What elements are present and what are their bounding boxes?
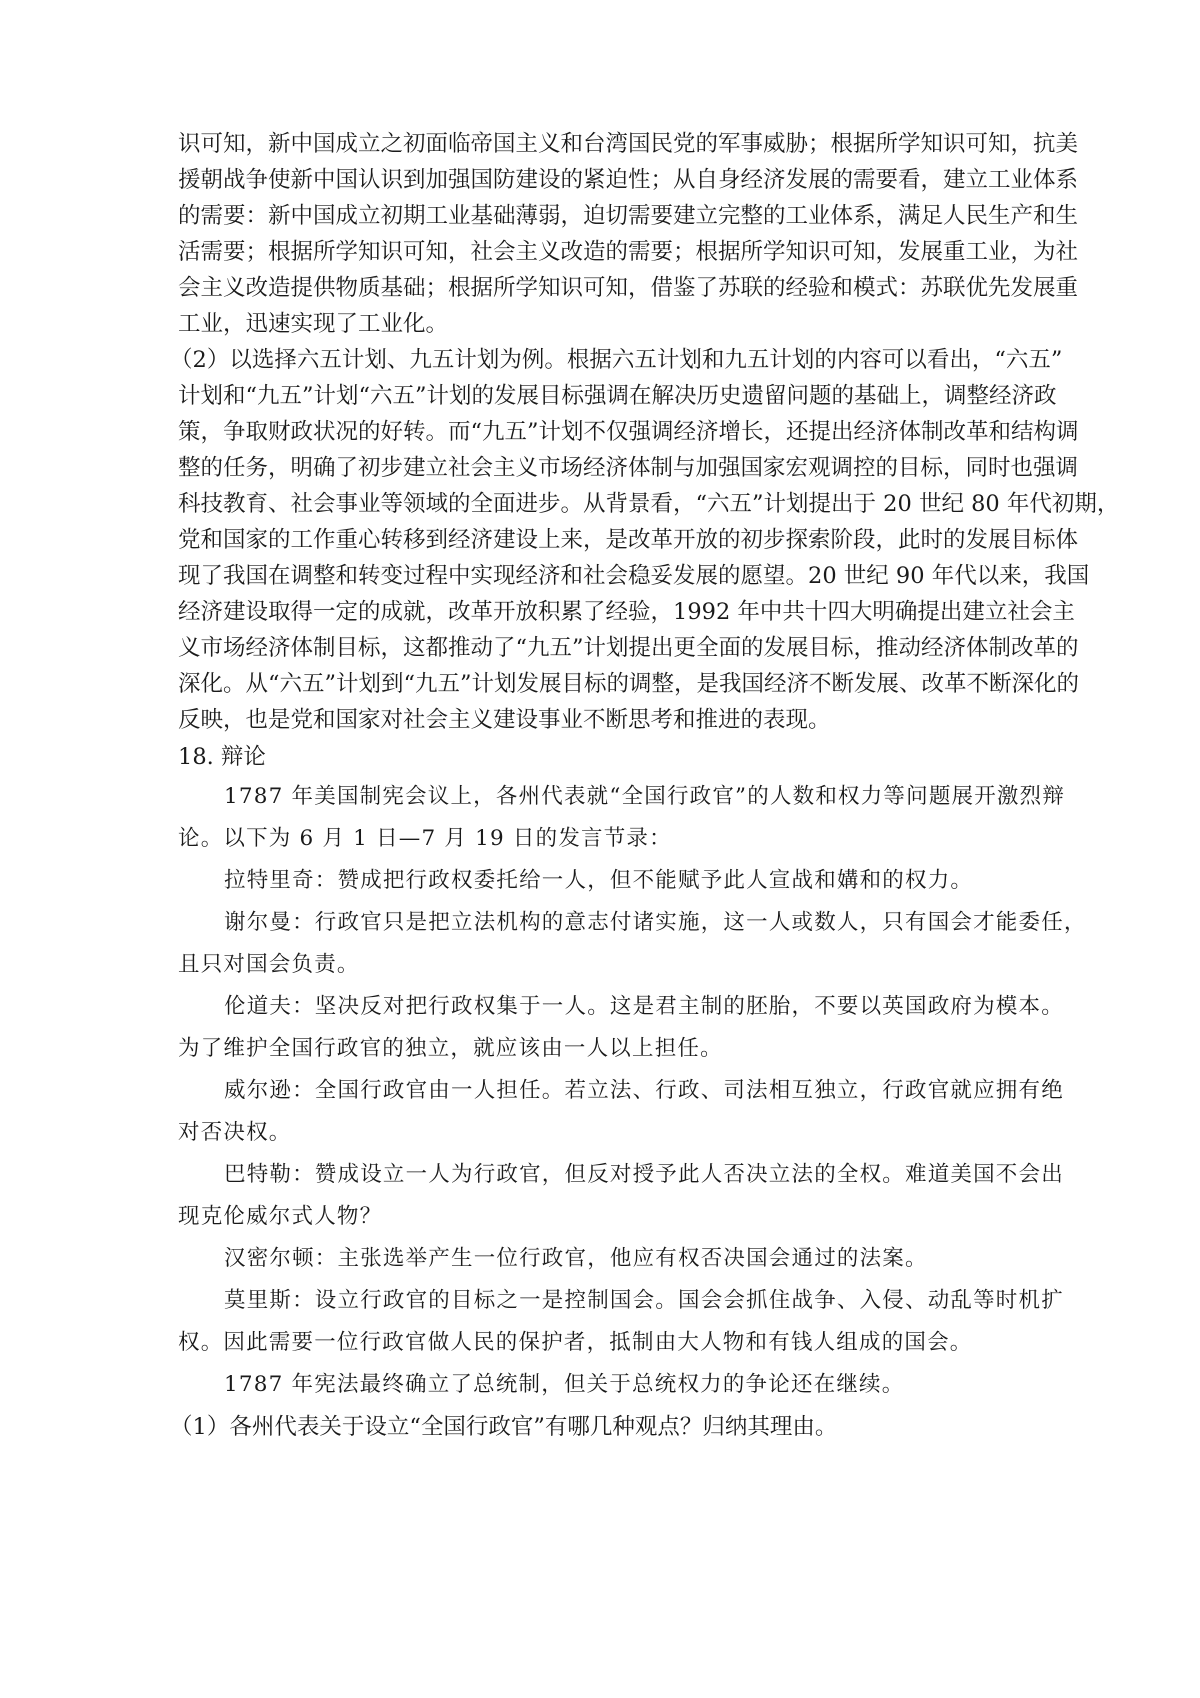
speech-rutledge: 拉特里奇：赞成把行政权委托给一人，但不能赋予此人宣战和媾和的权力。	[178, 860, 1028, 902]
text-line: 策，争取财政状况的好转。而“九五”计划不仅强调经济增长，还提出经济体制改革和结构…	[178, 414, 1028, 450]
speech-sherman: 谢尔曼：行政官只是把立法机构的意志付诸实施，这一人或数人，只有国会才能委任，	[178, 902, 1028, 944]
question-18-material: 1787 年美国制宪会议上，各州代表就“全国行政官”的人数和权力等问题展开激烈辩…	[178, 776, 1028, 1406]
speech-wilson-cont: 对否决权。	[178, 1112, 1028, 1154]
text-line: 会主义改造提供物质基础；根据所学知识可知，借鉴了苏联的经验和模式：苏联优先发展重	[178, 270, 1028, 306]
speech-morris-cont: 权。因此需要一位行政官做人民的保护者，抵制由大人物和有钱人组成的国会。	[178, 1322, 1028, 1364]
text-line: 反映，也是党和国家对社会主义建设事业不断思考和推进的表现。	[178, 702, 1028, 738]
text-line: 计划和“九五”计划“六五”计划的发展目标强调在解决历史遗留问题的基础上，调整经济…	[178, 378, 1028, 414]
speech-morris: 莫里斯：设立行政官的目标之一是控制国会。国会会抓住战争、入侵、动乱等时机扩	[178, 1280, 1028, 1322]
text-line: 党和国家的工作重心转移到经济建设上来，是改革开放的初步探索阶段，此时的发展目标体	[178, 522, 1028, 558]
speech-hamilton: 汉密尔顿：主张选举产生一位行政官，他应有权否决国会通过的法案。	[178, 1238, 1028, 1280]
text-line: 现了我国在调整和转变过程中实现经济和社会稳妥发展的愿望。20 世纪 90 年代以…	[178, 558, 1028, 594]
document-page: 识可知，新中国成立之初面临帝国主义和台湾国民党的军事威胁；根据所学知识可知，抗美…	[178, 126, 1028, 1448]
speech-butler: 巴特勒：赞成设立一人为行政官，但反对授予此人否决立法的全权。难道美国不会出	[178, 1154, 1028, 1196]
sub-question-1: （1）各州代表关于设立“全国行政官”有哪几种观点？归纳其理由。	[170, 1406, 1028, 1448]
text-line: （2）以选择六五计划、九五计划为例。根据六五计划和九五计划的内容可以看出，“六五…	[170, 342, 1028, 378]
intro-line: 论。以下为 6 月 1 日—7 月 19 日的发言节录：	[178, 818, 1028, 860]
speech-sherman-cont: 且只对国会负责。	[178, 944, 1028, 986]
answer-part1-paragraph: 识可知，新中国成立之初面临帝国主义和台湾国民党的军事威胁；根据所学知识可知，抗美…	[178, 126, 1028, 342]
text-line: 活需要；根据所学知识可知，社会主义改造的需要；根据所学知识可知，发展重工业，为社	[178, 234, 1028, 270]
speech-randolph: 伦道夫：坚决反对把行政权集于一人。这是君主制的胚胎，不要以英国政府为模本。	[178, 986, 1028, 1028]
text-line: 义市场经济体制目标，这都推动了“九五”计划提出更全面的发展目标，推动经济体制改革…	[178, 630, 1028, 666]
text-line: 援朝战争使新中国认识到加强国防建设的紧迫性；从自身经济发展的需要看，建立工业体系	[178, 162, 1028, 198]
text-line: 经济建设取得一定的成就，改革开放积累了经验，1992 年中共十四大明确提出建立社…	[178, 594, 1028, 630]
text-line: 深化。从“六五”计划到“九五”计划发展目标的调整，是我国经济不断发展、改革不断深…	[178, 666, 1028, 702]
text-line: 的需要：新中国成立初期工业基础薄弱，迫切需要建立完整的工业体系，满足人民生产和生	[178, 198, 1028, 234]
answer-part2-paragraph: （2）以选择六五计划、九五计划为例。根据六五计划和九五计划的内容可以看出，“六五…	[178, 342, 1028, 738]
speech-wilson: 威尔逊：全国行政官由一人担任。若立法、行政、司法相互独立，行政官就应拥有绝	[178, 1070, 1028, 1112]
speech-butler-cont: 现克伦威尔式人物？	[178, 1196, 1028, 1238]
text-line: 识可知，新中国成立之初面临帝国主义和台湾国民党的军事威胁；根据所学知识可知，抗美	[178, 126, 1028, 162]
question-18-heading: 18. 辩论	[178, 738, 1028, 776]
text-line: 科技教育、社会事业等领域的全面进步。从背景看，“六五”计划提出于 20 世纪 8…	[178, 486, 1028, 522]
text-line: 整的任务，明确了初步建立社会主义市场经济体制与加强国家宏观调控的目标，同时也强调	[178, 450, 1028, 486]
material-conclusion: 1787 年宪法最终确立了总统制，但关于总统权力的争论还在继续。	[178, 1364, 1028, 1406]
text-line: 工业，迅速实现了工业化。	[178, 306, 1028, 342]
speech-randolph-cont: 为了维护全国行政官的独立，就应该由一人以上担任。	[178, 1028, 1028, 1070]
intro-line: 1787 年美国制宪会议上，各州代表就“全国行政官”的人数和权力等问题展开激烈辩	[178, 776, 1028, 818]
